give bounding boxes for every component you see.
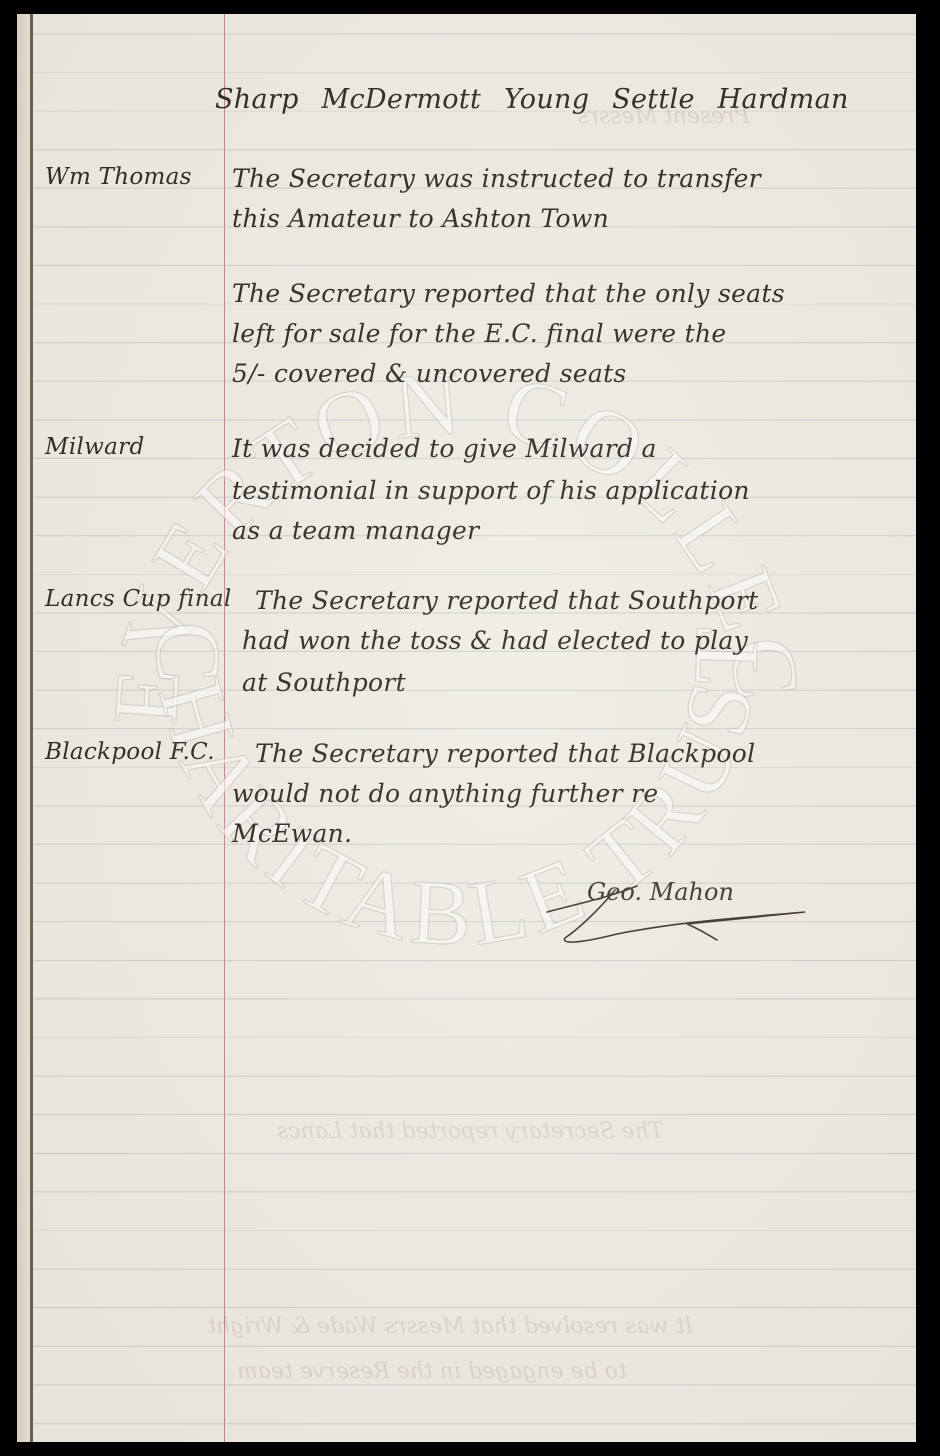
- entry-line: It was decided to give Milward a: [232, 434, 657, 463]
- ledger-page: Present Messrs The Secretary reported th…: [17, 14, 916, 1442]
- signature: Geo. Mahon: [537, 872, 827, 947]
- entry-line: at Southport: [242, 668, 406, 697]
- bleed-through-text: to be engaged in the Reserve team: [237, 1359, 627, 1384]
- entry-line: The Secretary reported that Southport: [255, 586, 758, 615]
- entry-line: The Secretary was instructed to transfer: [232, 164, 761, 193]
- red-margin-line: [224, 14, 225, 1442]
- margin-note: Blackpool F.C.: [45, 739, 215, 765]
- margin-note: Milward: [45, 434, 144, 460]
- margin-note: Wm Thomas: [45, 164, 192, 190]
- entry-line: would not do anything further re: [232, 779, 658, 808]
- entry-line: The Secretary reported that Blackpool: [255, 739, 755, 768]
- entry-line: 5/- covered & uncovered seats: [232, 359, 627, 388]
- margin-note: Lancs Cup final: [45, 586, 232, 612]
- entry-line: McEwan.: [232, 819, 352, 848]
- binding-shadow: [17, 14, 30, 1442]
- entry-line: had won the toss & had elected to play: [242, 626, 748, 655]
- entry-line: The Secretary reported that the only sea…: [232, 279, 785, 308]
- bleed-through-text: It was resolved that Messrs Wade & Wrigh…: [207, 1314, 693, 1339]
- entry-line: as a team manager: [232, 516, 479, 545]
- entry-line: left for sale for the E.C. final were th…: [232, 319, 726, 348]
- bleed-through-text: The Secretary reported that Lancs: [277, 1119, 663, 1144]
- entry-line: testimonial in support of his applicatio…: [232, 476, 750, 505]
- attendees-line: Sharp McDermott Young Settle Hardman: [215, 84, 849, 115]
- signature-flourish-icon: [537, 872, 827, 947]
- entry-line: this Amateur to Ashton Town: [232, 204, 609, 233]
